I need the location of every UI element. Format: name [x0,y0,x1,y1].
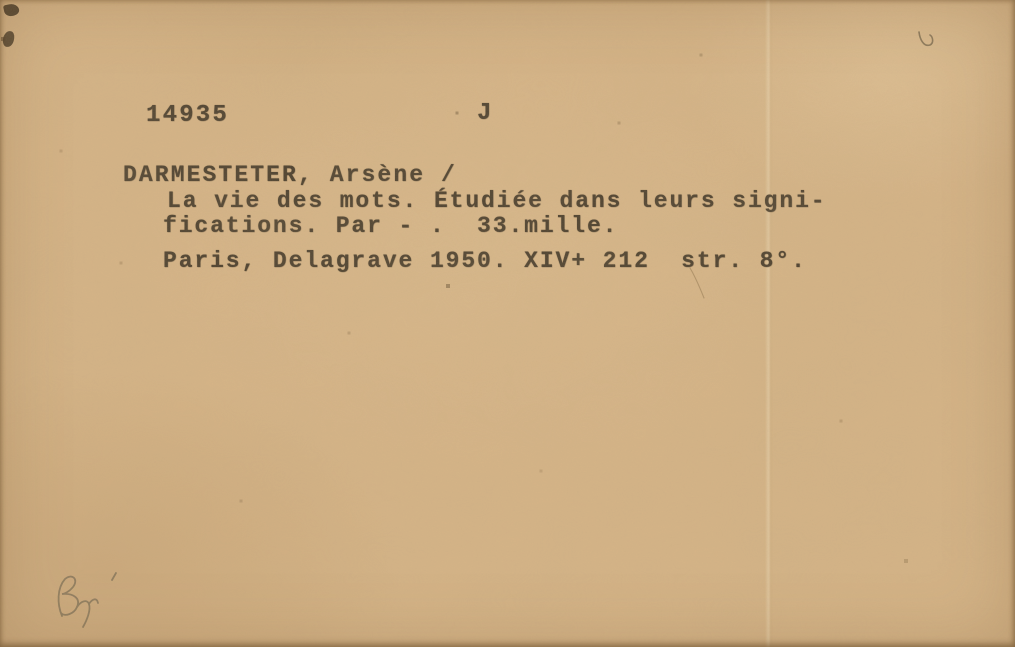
pencil-initials-mark [46,570,124,634]
scan-vignette [0,0,1015,647]
paper-texture [0,0,1015,647]
section-letter: J [477,101,494,127]
call-number: 14935 [146,103,229,129]
pencil-check-mark [913,26,943,56]
crease-line [765,0,772,647]
title-line-2: fications. Par - . 33.mille. [163,213,618,239]
catalog-card: 14935 J DARMESTETER, Arsène / La vie des… [0,0,1015,647]
stray-pencil-line [686,266,712,302]
title-line-1: La vie des mots. Étudiée dans leurs sign… [167,188,827,214]
scan-artifact-mark [2,30,15,47]
paper-specks [0,0,2,2]
scan-artifact-mark [3,3,20,18]
author-heading: DARMESTETER, Arsène / [123,162,457,188]
